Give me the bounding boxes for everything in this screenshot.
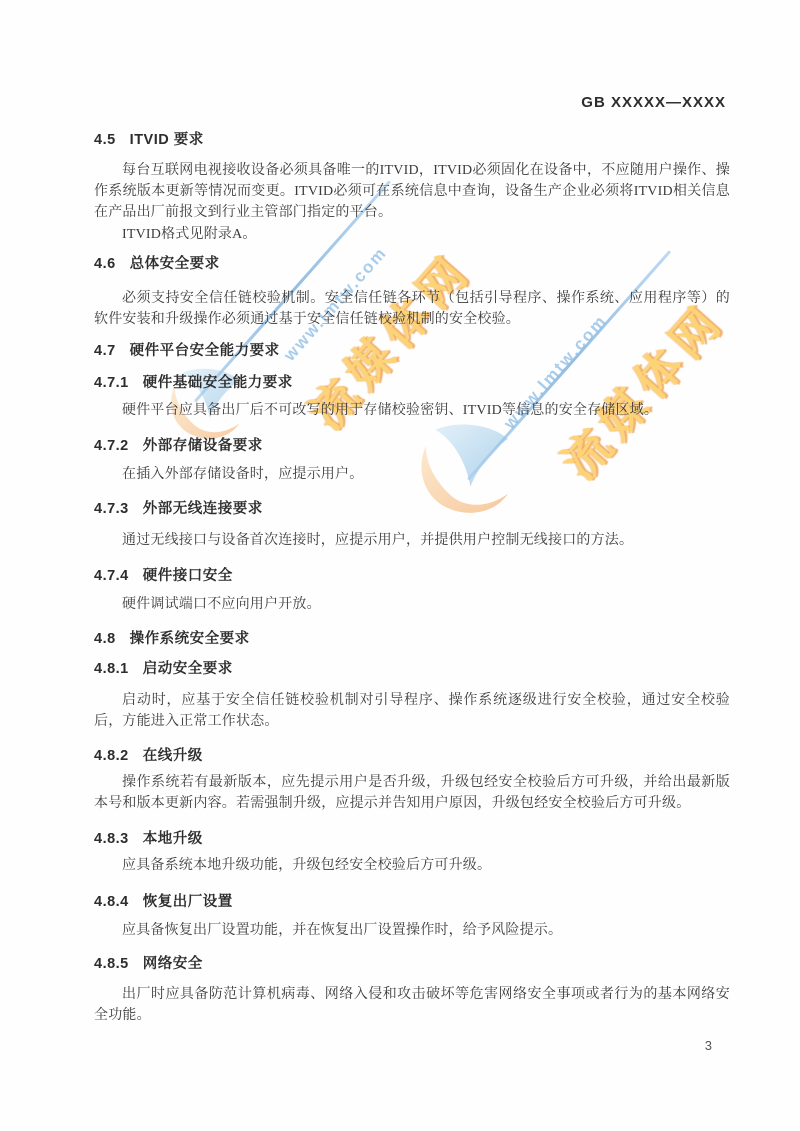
paragraph: 出厂时应具备防范计算机病毒、网络入侵和攻击破坏等危害网络安全事项或者行为的基本网…	[94, 984, 730, 1026]
heading-number: 4.5	[94, 132, 116, 148]
heading-number: 4.8.5	[94, 956, 129, 972]
paragraph: 硬件调试端口不应向用户开放。	[94, 594, 730, 615]
heading-number: 4.7.1	[94, 375, 129, 391]
paragraph: 应具备恢复出厂设置功能，并在恢复出厂设置操作时，给予风险提示。	[94, 920, 730, 941]
heading-number: 4.7.4	[94, 568, 129, 584]
standard-number: GB XXXXX—XXXX	[581, 94, 726, 111]
heading-title: 操作系统安全要求	[130, 631, 250, 647]
paragraph: 硬件平台应具备出厂后不可改写的用于存储校验密钥、ITVID等信息的安全存储区域。	[94, 400, 730, 421]
heading-4-7-4: 4.7.4硬件接口安全	[94, 564, 730, 585]
heading-number: 4.8.3	[94, 831, 129, 847]
heading-4-8-5: 4.8.5网络安全	[94, 952, 730, 973]
heading-title: 硬件接口安全	[143, 568, 233, 584]
heading-4-8-3: 4.8.3本地升级	[94, 827, 730, 848]
paragraph: 在插入外部存储设备时，应提示用户。	[94, 464, 730, 485]
document-page: www.lmtw.com www.lmtw.com 流媒体网 流媒体网 GB X…	[0, 0, 800, 1131]
heading-4-8-2: 4.8.2在线升级	[94, 744, 730, 765]
heading-4-5: 4.5ITVID 要求	[94, 128, 730, 149]
document-content: GB XXXXX—XXXX 4.5ITVID 要求 每台互联网电视接收设备必须具…	[0, 0, 800, 1131]
heading-title: 网络安全	[143, 956, 203, 972]
heading-number: 4.6	[94, 256, 116, 272]
heading-title: 总体安全要求	[130, 256, 220, 272]
heading-4-6: 4.6总体安全要求	[94, 252, 730, 273]
paragraph: 操作系统若有最新版本，应先提示用户是否升级，升级包经安全校验后方可升级，并给出最…	[94, 772, 730, 814]
heading-title: 本地升级	[143, 831, 203, 847]
heading-number: 4.8.2	[94, 748, 129, 764]
heading-4-8: 4.8操作系统安全要求	[94, 627, 730, 648]
paragraph: 每台互联网电视接收设备必须具备唯一的ITVID，ITVID必须固化在设备中，不应…	[94, 160, 730, 223]
heading-title: 外部存储设备要求	[143, 438, 263, 454]
heading-title: 硬件基础安全能力要求	[143, 375, 293, 391]
page-number: 3	[705, 1038, 712, 1053]
heading-number: 4.7.2	[94, 438, 129, 454]
heading-title: 外部无线连接要求	[143, 501, 263, 517]
heading-4-7-3: 4.7.3外部无线连接要求	[94, 497, 730, 518]
paragraph: 启动时，应基于安全信任链校验机制对引导程序、操作系统逐级进行安全校验，通过安全校…	[94, 690, 730, 732]
heading-title: 在线升级	[143, 748, 203, 764]
heading-number: 4.8.4	[94, 894, 129, 910]
heading-title: ITVID 要求	[130, 132, 204, 148]
heading-number: 4.7.3	[94, 501, 129, 517]
heading-4-7-2: 4.7.2外部存储设备要求	[94, 434, 730, 455]
heading-4-8-1: 4.8.1启动安全要求	[94, 657, 730, 678]
paragraph: 通过无线接口与设备首次连接时，应提示用户，并提供用户控制无线接口的方法。	[94, 530, 730, 551]
paragraph: ITVID格式见附录A。	[94, 224, 730, 245]
paragraph: 应具备系统本地升级功能，升级包经安全校验后方可升级。	[94, 855, 730, 876]
heading-4-7: 4.7硬件平台安全能力要求	[94, 339, 730, 360]
heading-4-8-4: 4.8.4恢复出厂设置	[94, 890, 730, 911]
heading-title: 硬件平台安全能力要求	[130, 343, 280, 359]
heading-4-7-1: 4.7.1硬件基础安全能力要求	[94, 371, 730, 392]
heading-title: 恢复出厂设置	[143, 894, 233, 910]
heading-number: 4.8	[94, 631, 116, 647]
heading-number: 4.7	[94, 343, 116, 359]
paragraph: 必须支持安全信任链校验机制。安全信任链各环节（包括引导程序、操作系统、应用程序等…	[94, 288, 730, 330]
heading-title: 启动安全要求	[143, 661, 233, 677]
heading-number: 4.8.1	[94, 661, 129, 677]
